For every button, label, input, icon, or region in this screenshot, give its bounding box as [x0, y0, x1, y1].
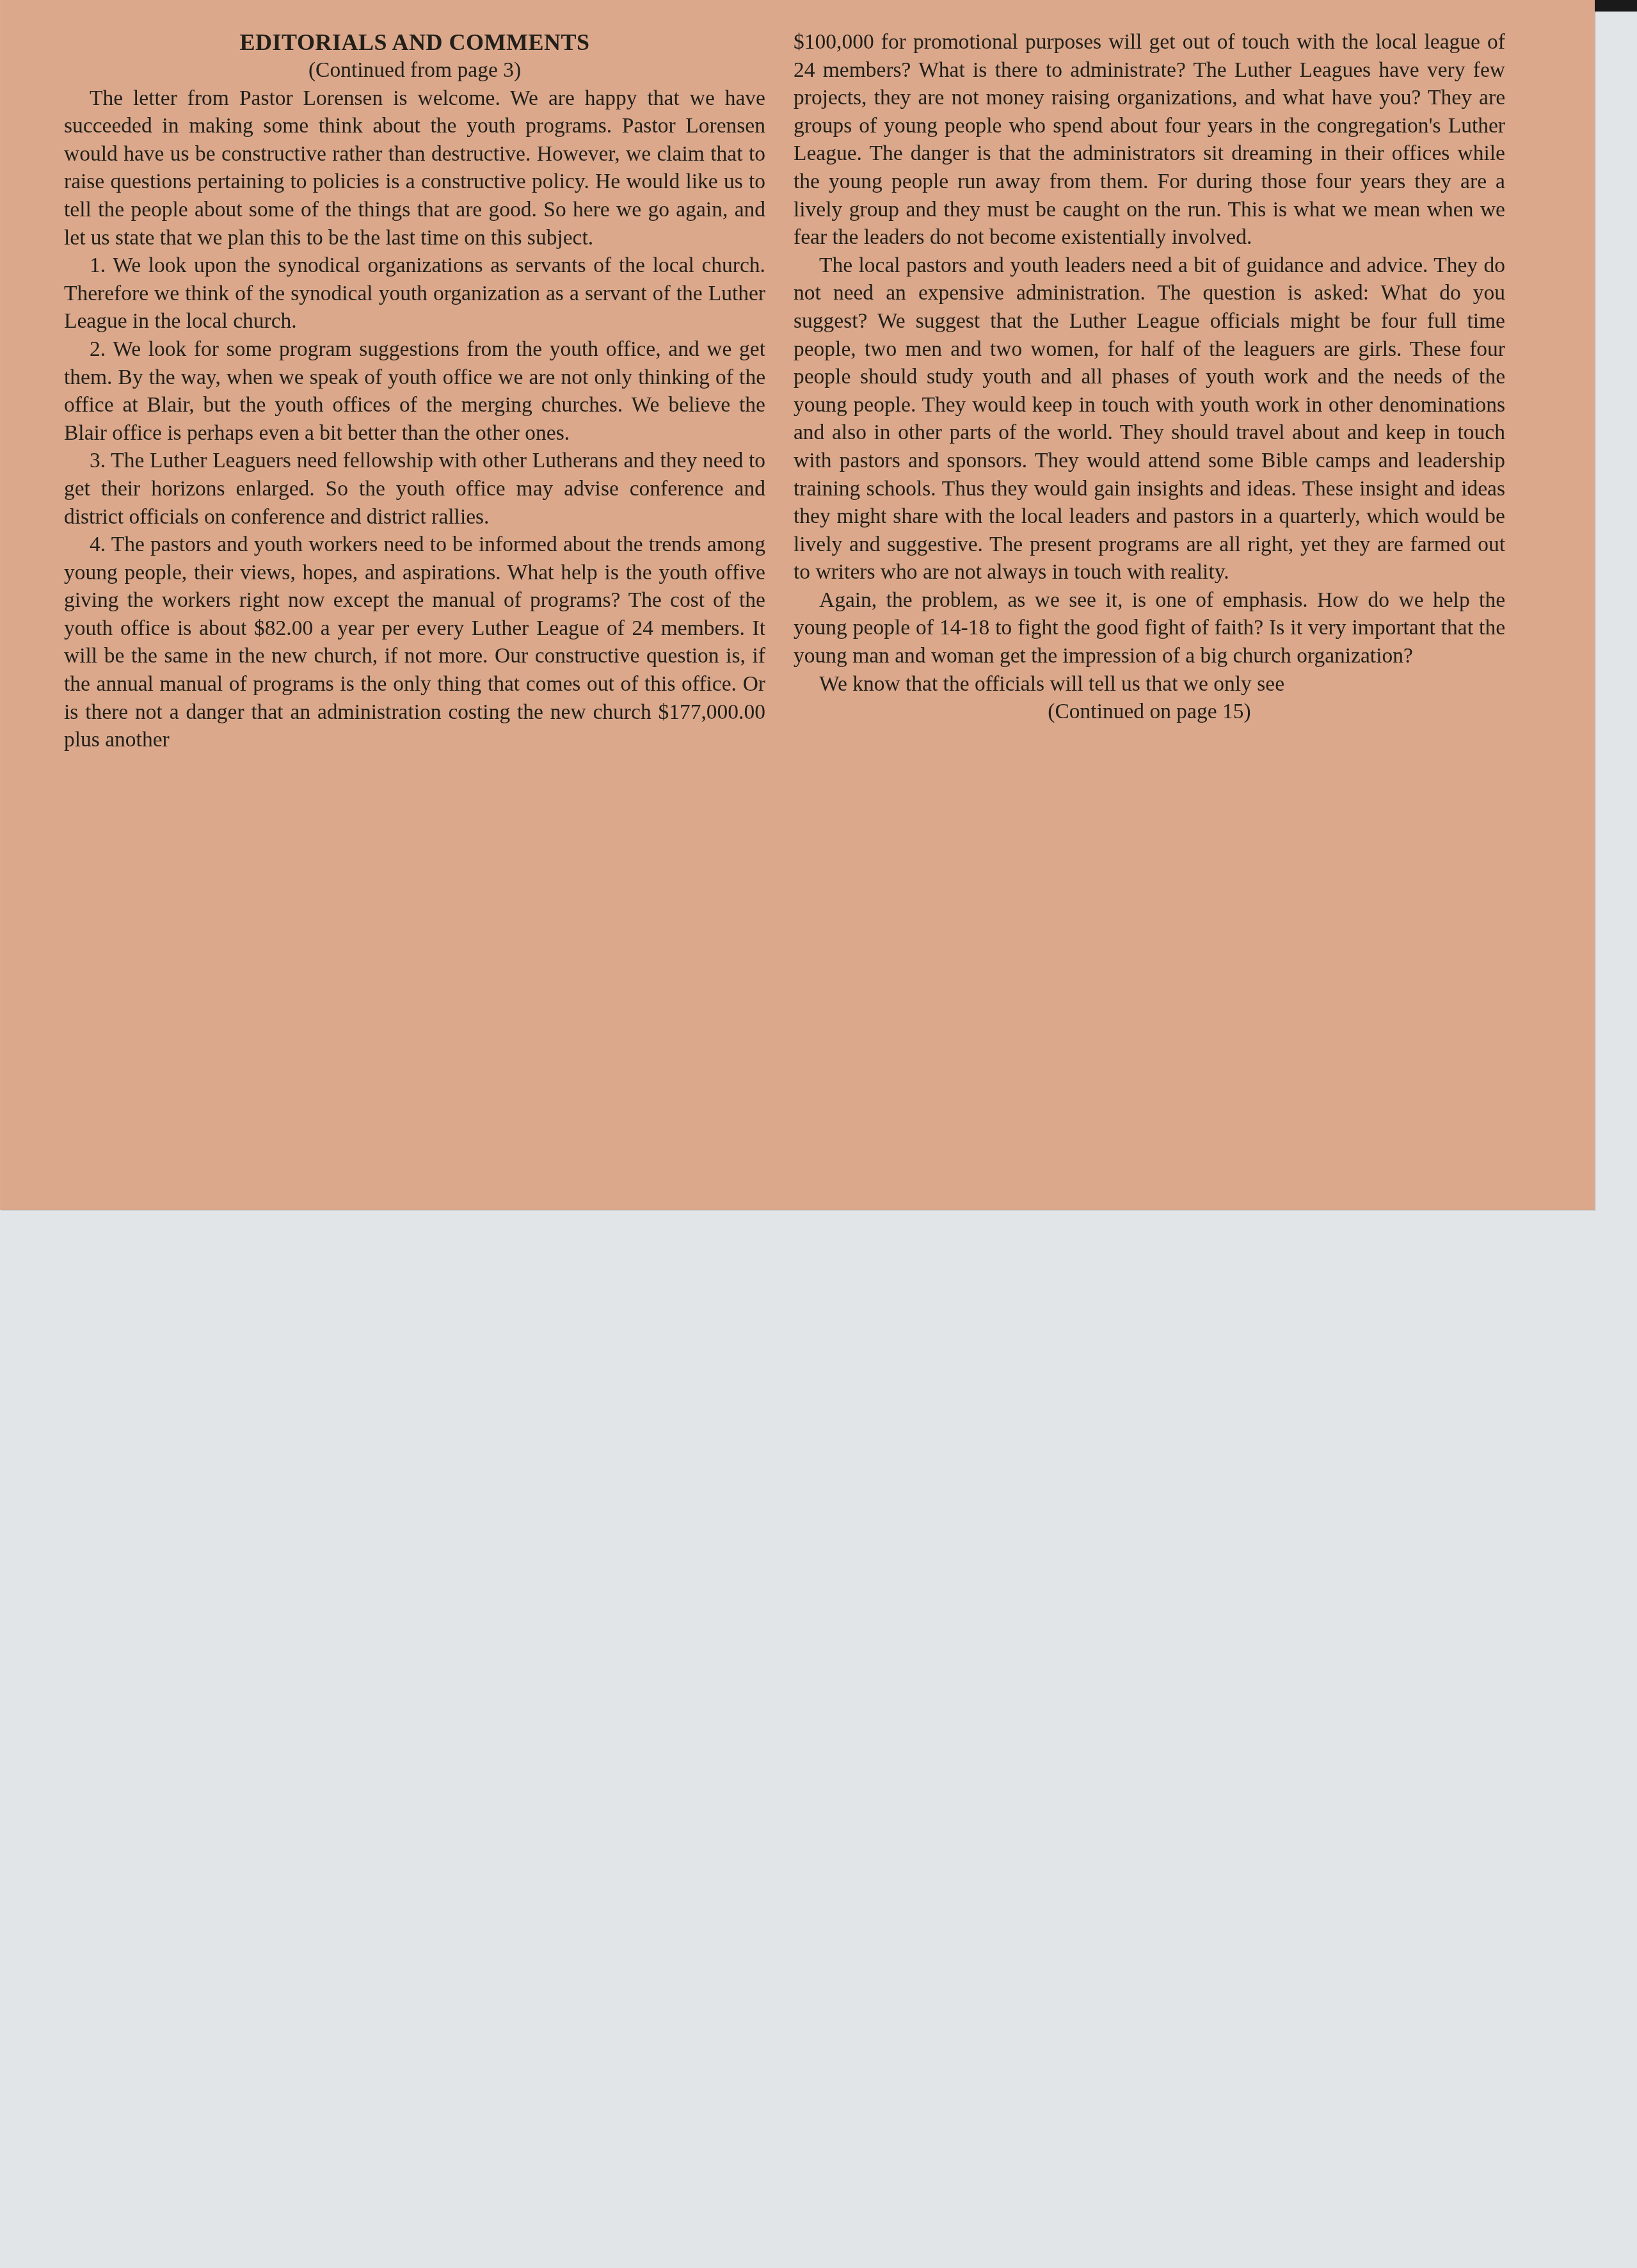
paragraph-point-2: 2. We look for some program suggestions …: [64, 335, 765, 447]
paragraph-point-1: 1. We look upon the synodical organizati…: [64, 252, 765, 335]
paragraph-suggestion: The local pastors and youth leaders need…: [794, 252, 1505, 586]
paragraph-officials: We know that the officials will tell us …: [794, 670, 1505, 698]
paragraph-point-3: 3. The Luther Leaguers need fellowship w…: [64, 447, 765, 531]
scanner-edge: [1592, 0, 1637, 12]
page-heading: EDITORIALS AND COMMENTS: [64, 28, 765, 56]
continued-from-note: (Continued from page 3): [64, 56, 765, 84]
paragraph-point-4: 4. The pastors and youth workers need to…: [64, 531, 765, 754]
newsletter-page: EDITORIALS AND COMMENTS (Continued from …: [0, 0, 1595, 1210]
right-column: $100,000 for promotional purposes will g…: [794, 28, 1505, 726]
left-column: EDITORIALS AND COMMENTS (Continued from …: [64, 28, 765, 754]
continued-on-note: (Continued on page 15): [794, 698, 1505, 726]
paragraph-continuation: $100,000 for promotional purposes will g…: [794, 28, 1505, 252]
paragraph-intro: The letter from Pastor Lorensen is welco…: [64, 84, 765, 252]
paragraph-emphasis: Again, the problem, as we see it, is one…: [794, 586, 1505, 670]
